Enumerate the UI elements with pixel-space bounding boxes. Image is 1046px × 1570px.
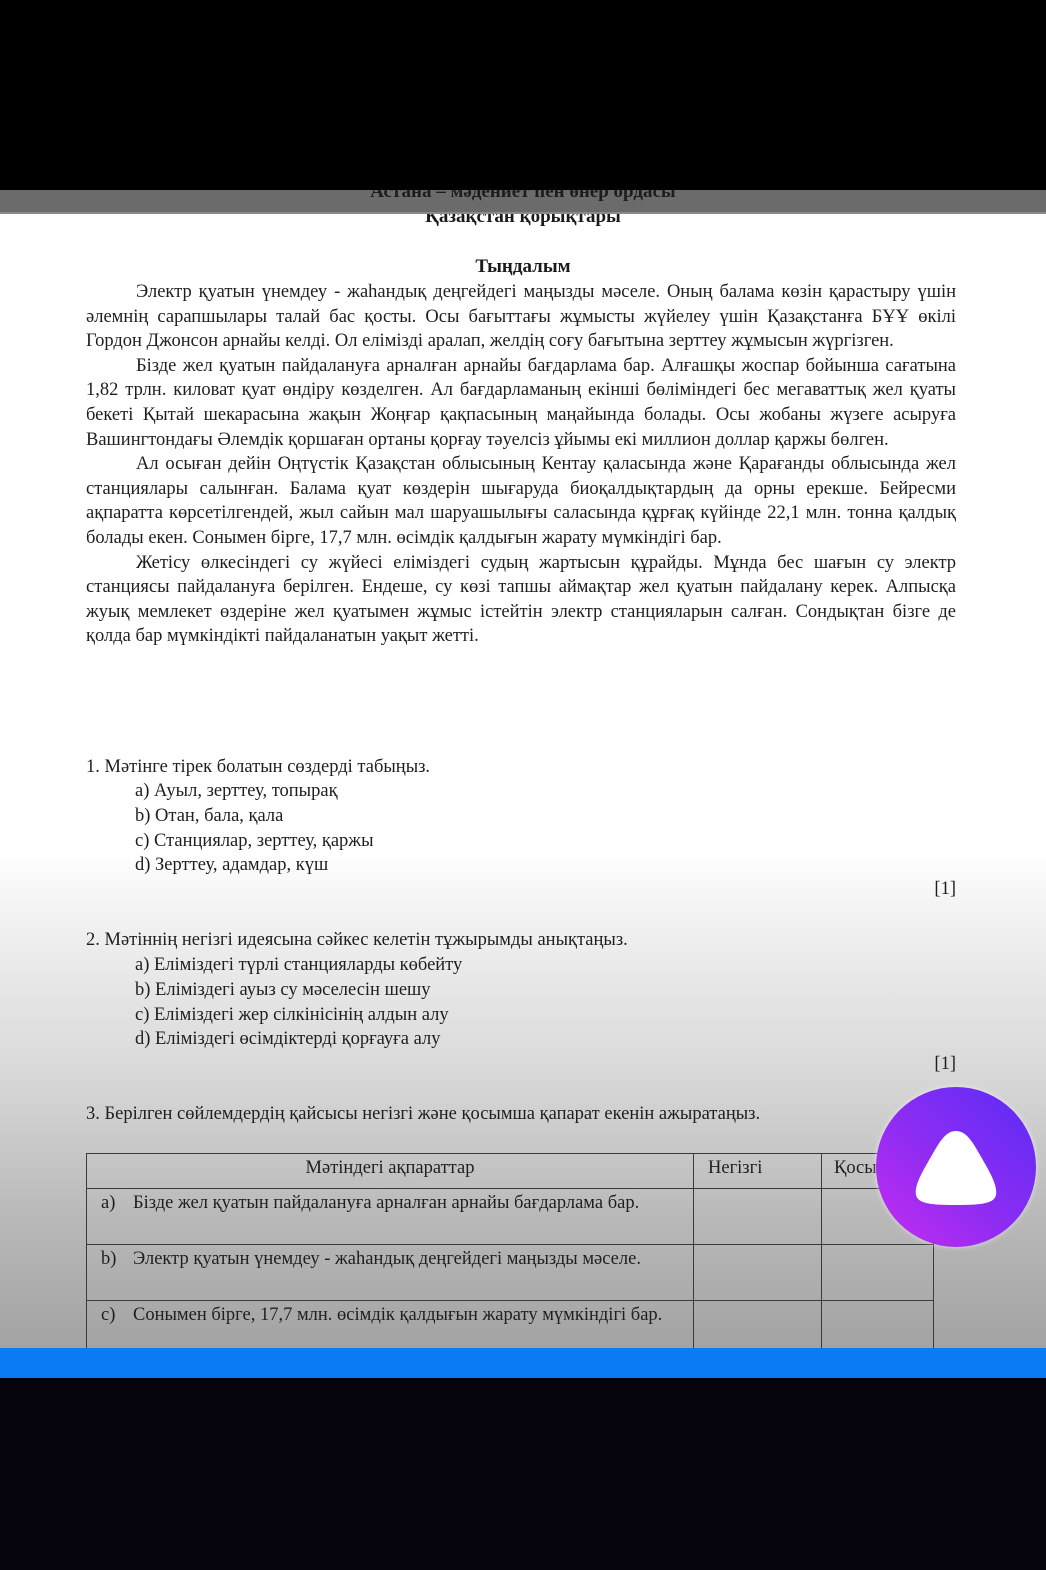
- row-text: Электр қуатын үнемдеу - жаһандық деңгейд…: [133, 1247, 641, 1272]
- passage-paragraph: Электр қуатын үнемдеу - жаһандық деңгейд…: [86, 280, 956, 354]
- header-line-1: Астана – мәдениет пен өнер ордасы: [0, 190, 1046, 203]
- table-row: b) Электр қуатын үнемдеу - жаһандық деңг…: [87, 1245, 934, 1301]
- bottom-black-area: [0, 1378, 1046, 1570]
- question-title: 1. Мәтінге тірек болатын сөздерді табыңы…: [86, 757, 430, 778]
- row-text: Сонымен бірге, 17,7 млн. өсімдік қалдығы…: [133, 1303, 662, 1328]
- score-marker: [1]: [934, 879, 956, 900]
- table-row: a) Бізде жел қуатын пайдалануға арналған…: [87, 1189, 934, 1245]
- question-title: 3. Берілген сөйлемдердің қайсысы негізгі…: [86, 1104, 760, 1125]
- answer-option[interactable]: c) Станциялар, зерттеу, қаржы: [135, 831, 374, 852]
- top-black-area: [0, 0, 1046, 190]
- info-cell: b) Электр қуатын үнемдеу - жаһандық деңг…: [87, 1245, 694, 1301]
- answer-option[interactable]: b) Отан, бала, қала: [135, 806, 283, 827]
- additional-answer-cell[interactable]: [822, 1245, 934, 1301]
- main-answer-cell[interactable]: [694, 1301, 822, 1349]
- blue-bottom-bar: [0, 1348, 1046, 1378]
- answer-option[interactable]: a) Еліміздегі түрлі станцияларды көбейту: [135, 955, 462, 976]
- column-header-main: Негізгі: [694, 1154, 822, 1189]
- answer-option[interactable]: a) Ауыл, зерттеу, топырақ: [135, 781, 338, 802]
- question-title: 2. Мәтіннің негізгі идеясына сәйкес келе…: [86, 930, 628, 951]
- additional-answer-cell[interactable]: [822, 1301, 934, 1349]
- row-label: a): [101, 1191, 133, 1216]
- question-3: 3. Берілген сөйлемдердің қайсысы негізгі…: [86, 1104, 956, 1134]
- information-table: Мәтіндегі ақпараттар Негізгі Қосымша a) …: [86, 1153, 934, 1348]
- score-marker: [1]: [934, 1054, 956, 1075]
- passage-paragraph: Ал осыған дейін Оңтүстік Қазақстан облыс…: [86, 452, 956, 550]
- answer-option[interactable]: b) Еліміздегі ауыз су мәселесін шешу: [135, 980, 431, 1001]
- question-1: 1. Мәтінге тірек болатын сөздерді табыңы…: [86, 757, 956, 907]
- passage-paragraph: Жетісу өлкесіндегі су жүйесі еліміздегі …: [86, 551, 956, 649]
- header-overlay-band: Астана – мәдениет пен өнер ордасы: [0, 190, 1046, 214]
- table-row: c) Сонымен бірге, 17,7 млн. өсімдік қалд…: [87, 1301, 934, 1349]
- main-answer-cell[interactable]: [694, 1245, 822, 1301]
- section-title: Тыңдалым: [0, 256, 1046, 278]
- table-header-row: Мәтіндегі ақпараттар Негізгі Қосымша: [87, 1154, 934, 1189]
- info-cell: c) Сонымен бірге, 17,7 млн. өсімдік қалд…: [87, 1301, 694, 1349]
- alice-voice-assistant-icon: [910, 1127, 1002, 1207]
- passage-paragraph: Бізде жел қуатын пайдалануға арналған ар…: [86, 354, 956, 452]
- main-answer-cell[interactable]: [694, 1189, 822, 1245]
- answer-option[interactable]: d) Еліміздегі өсімдіктерді қорғауға алу: [135, 1029, 440, 1050]
- row-text: Бізде жел қуатын пайдалануға арналған ар…: [133, 1191, 639, 1216]
- info-cell: a) Бізде жел қуатын пайдалануға арналған…: [87, 1189, 694, 1245]
- column-header-information: Мәтіндегі ақпараттар: [87, 1154, 694, 1189]
- passage: Электр қуатын үнемдеу - жаһандық деңгейд…: [86, 280, 956, 649]
- answer-option[interactable]: c) Еліміздегі жер сілкінісінің алдын алу: [135, 1005, 449, 1026]
- answer-option[interactable]: d) Зерттеу, адамдар, күш: [135, 855, 328, 876]
- question-2: 2. Мәтіннің негізгі идеясына сәйкес келе…: [86, 930, 956, 1080]
- row-label: b): [101, 1247, 133, 1272]
- row-label: c): [101, 1303, 133, 1328]
- voice-assistant-button[interactable]: [876, 1087, 1036, 1247]
